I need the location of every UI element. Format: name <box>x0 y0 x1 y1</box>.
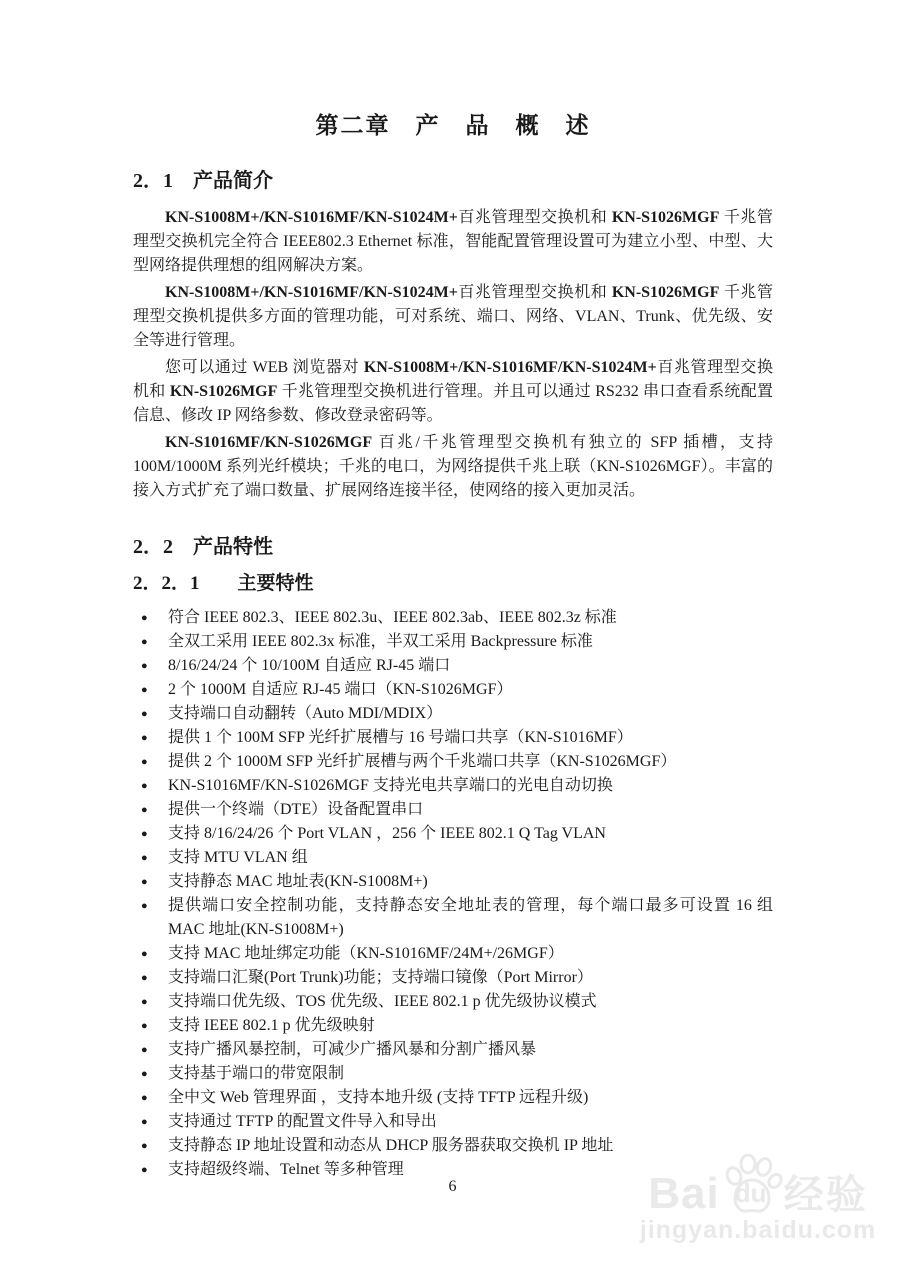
feature-item: ●提供 2 个 1000M SFP 光纤扩展槽与两个千兆端口共享（KN-S102… <box>133 750 773 774</box>
feature-text: 提供 1 个 100M SFP 光纤扩展槽与 16 号端口共享（KN-S1016… <box>168 729 633 746</box>
paragraph-text: 您可以通过 WEB 浏览器对 <box>165 359 364 376</box>
watermark-bai-text: Bai <box>648 1172 719 1216</box>
bullet-icon: ● <box>141 606 148 630</box>
intro-paragraph-2: KN-S1008M+/KN-S1016MF/KN-S1024M+百兆管理型交换机… <box>133 281 773 353</box>
feature-text: 全双工采用 IEEE 802.3x 标准，半双工采用 Backpressure … <box>168 633 593 650</box>
bullet-icon: ● <box>141 654 148 678</box>
feature-text: 支持 8/16/24/26 个 Port VLAN ，256 个 IEEE 80… <box>168 825 606 842</box>
bullet-icon: ● <box>141 1062 148 1086</box>
bullet-icon: ● <box>141 630 148 654</box>
feature-item: ●支持广播风暴控制，可减少广播风暴和分割广播风暴 <box>133 1038 773 1062</box>
paragraph-text: 百兆管理型交换机和 <box>458 284 612 301</box>
section-2-2-heading: 2．2 产品特性 <box>133 533 773 561</box>
feature-item: ●支持 MTU VLAN 组 <box>133 846 773 870</box>
bullet-icon: ● <box>141 870 148 894</box>
chapter-title: 第二章 产 品 概 述 <box>133 110 773 142</box>
bullet-icon: ● <box>141 678 148 702</box>
section-2-2-1-heading: 2．2．1 主要特性 <box>133 571 773 597</box>
feature-text: 支持 IEEE 802.1 p 优先级映射 <box>168 1017 375 1034</box>
baidu-jingyan-watermark: Bai du 经验 jingyan.baidu.com <box>627 1158 889 1244</box>
feature-text: 支持端口汇聚(Port Trunk)功能；支持端口镜像（Port Mirror） <box>168 969 593 986</box>
feature-text: KN-S1016MF/KN-S1026MGF 支持光电共享端口的光电自动切换 <box>168 777 613 794</box>
bullet-icon: ● <box>141 894 148 918</box>
feature-text: 支持静态 MAC 地址表(KN-S1008M+) <box>168 873 428 890</box>
section-2-1-heading: 2．1 产品简介 <box>133 167 773 195</box>
feature-text: 8/16/24/24 个 10/100M 自适应 RJ-45 端口 <box>168 657 450 674</box>
watermark-brand-row: Bai du 经验 <box>627 1158 889 1216</box>
feature-item: ●支持端口优先级、TOS 优先级、IEEE 802.1 p 优先级协议模式 <box>133 990 773 1014</box>
feature-item: ●支持 MAC 地址绑定功能（KN-S1016MF/24M+/26MGF） <box>133 942 773 966</box>
feature-text: 提供端口安全控制功能，支持静态安全地址表的管理，每个端口最多可设置 16 组 M… <box>168 897 773 938</box>
document-page: 第二章 产 品 概 述 2．1 产品简介 KN-S1008M+/KN-S1016… <box>0 0 905 1280</box>
feature-text: 支持通过 TFTP 的配置文件导入和导出 <box>168 1113 437 1130</box>
bullet-icon: ● <box>141 990 148 1014</box>
feature-text: 全中文 Web 管理界面 ，支持本地升级 (支持 TFTP 远程升级) <box>168 1089 588 1106</box>
feature-item: ●支持基于端口的带宽限制 <box>133 1062 773 1086</box>
feature-item: ●8/16/24/24 个 10/100M 自适应 RJ-45 端口 <box>133 654 773 678</box>
watermark-jingyan-text: 经验 <box>784 1174 868 1216</box>
model-names-bold: KN-S1008M+/KN-S1016MF/KN-S1024M+ <box>364 359 657 376</box>
feature-list: ●符合 IEEE 802.3、IEEE 802.3u、IEEE 802.3ab、… <box>133 606 773 1182</box>
feature-text: 符合 IEEE 802.3、IEEE 802.3u、IEEE 802.3ab、I… <box>168 609 617 626</box>
feature-item: ●支持静态 MAC 地址表(KN-S1008M+) <box>133 870 773 894</box>
feature-item: ●支持端口自动翻转（Auto MDI/MDIX） <box>133 702 773 726</box>
paragraph-text: 百兆管理型交换机和 <box>458 209 612 226</box>
feature-item: ●提供 1 个 100M SFP 光纤扩展槽与 16 号端口共享（KN-S101… <box>133 726 773 750</box>
feature-item: ●支持 8/16/24/26 个 Port VLAN ，256 个 IEEE 8… <box>133 822 773 846</box>
bullet-icon: ● <box>141 798 148 822</box>
model-name-bold: KN-S1026MGF <box>170 383 278 400</box>
bullet-icon: ● <box>141 702 148 726</box>
bullet-icon: ● <box>141 1086 148 1110</box>
intro-paragraph-3: 您可以通过 WEB 浏览器对 KN-S1008M+/KN-S1016MF/KN-… <box>133 356 773 428</box>
bullet-icon: ● <box>141 846 148 870</box>
feature-text: 支持基于端口的带宽限制 <box>168 1065 344 1082</box>
model-name-bold: KN-S1026MGF <box>612 284 720 301</box>
bullet-icon: ● <box>141 1014 148 1038</box>
bullet-icon: ● <box>141 822 148 846</box>
bullet-icon: ● <box>141 774 148 798</box>
bullet-icon: ● <box>141 750 148 774</box>
intro-paragraph-4: KN-S1016MF/KN-S1026MGF 百兆/千兆管理型交换机有独立的 S… <box>133 431 773 503</box>
feature-text: 支持 MTU VLAN 组 <box>168 849 308 866</box>
feature-item: ●支持通过 TFTP 的配置文件导入和导出 <box>133 1110 773 1134</box>
feature-item: ●支持静态 IP 地址设置和动态从 DHCP 服务器获取交换机 IP 地址 <box>133 1134 773 1158</box>
bullet-icon: ● <box>141 1038 148 1062</box>
model-name-bold: KN-S1026MGF <box>612 209 720 226</box>
feature-item: ●2 个 1000M 自适应 RJ-45 端口（KN-S1026MGF） <box>133 678 773 702</box>
feature-text: 提供一个终端（DTE）设备配置串口 <box>168 801 423 818</box>
page-content: 第二章 产 品 概 述 2．1 产品简介 KN-S1008M+/KN-S1016… <box>133 110 773 1182</box>
feature-item: ●支持端口汇聚(Port Trunk)功能；支持端口镜像（Port Mirror… <box>133 966 773 990</box>
watermark-url: jingyan.baidu.com <box>627 1216 889 1244</box>
feature-item: ●全双工采用 IEEE 802.3x 标准，半双工采用 Backpressure… <box>133 630 773 654</box>
feature-item: ●KN-S1016MF/KN-S1026MGF 支持光电共享端口的光电自动切换 <box>133 774 773 798</box>
feature-text: 支持超级终端、Telnet 等多种管理 <box>168 1161 404 1178</box>
feature-item: ●提供端口安全控制功能，支持静态安全地址表的管理，每个端口最多可设置 16 组 … <box>133 894 773 942</box>
model-names-bold: KN-S1016MF/KN-S1026MGF <box>165 434 372 451</box>
model-names-bold: KN-S1008M+/KN-S1016MF/KN-S1024M+ <box>165 284 458 301</box>
feature-item: ●全中文 Web 管理界面 ，支持本地升级 (支持 TFTP 远程升级) <box>133 1086 773 1110</box>
feature-text: 支持端口优先级、TOS 优先级、IEEE 802.1 p 优先级协议模式 <box>168 993 597 1010</box>
feature-text: 提供 2 个 1000M SFP 光纤扩展槽与两个千兆端口共享（KN-S1026… <box>168 753 676 770</box>
bullet-icon: ● <box>141 726 148 750</box>
feature-item: ●符合 IEEE 802.3、IEEE 802.3u、IEEE 802.3ab、… <box>133 606 773 630</box>
feature-text: 2 个 1000M 自适应 RJ-45 端口（KN-S1026MGF） <box>168 681 512 698</box>
feature-text: 支持静态 IP 地址设置和动态从 DHCP 服务器获取交换机 IP 地址 <box>168 1137 613 1154</box>
bullet-icon: ● <box>141 966 148 990</box>
feature-text: 支持端口自动翻转（Auto MDI/MDIX） <box>168 705 442 722</box>
feature-text: 支持 MAC 地址绑定功能（KN-S1016MF/24M+/26MGF） <box>168 945 564 962</box>
watermark-du-text: du <box>735 1180 767 1206</box>
bullet-icon: ● <box>141 942 148 966</box>
intro-paragraph-1: KN-S1008M+/KN-S1016MF/KN-S1024M+百兆管理型交换机… <box>133 206 773 278</box>
bullet-icon: ● <box>141 1134 148 1158</box>
paw-print-icon: du <box>721 1154 783 1216</box>
model-names-bold: KN-S1008M+/KN-S1016MF/KN-S1024M+ <box>165 209 458 226</box>
feature-item: ●提供一个终端（DTE）设备配置串口 <box>133 798 773 822</box>
bullet-icon: ● <box>141 1110 148 1134</box>
feature-text: 支持广播风暴控制，可减少广播风暴和分割广播风暴 <box>168 1041 536 1058</box>
feature-item: ●支持 IEEE 802.1 p 优先级映射 <box>133 1014 773 1038</box>
